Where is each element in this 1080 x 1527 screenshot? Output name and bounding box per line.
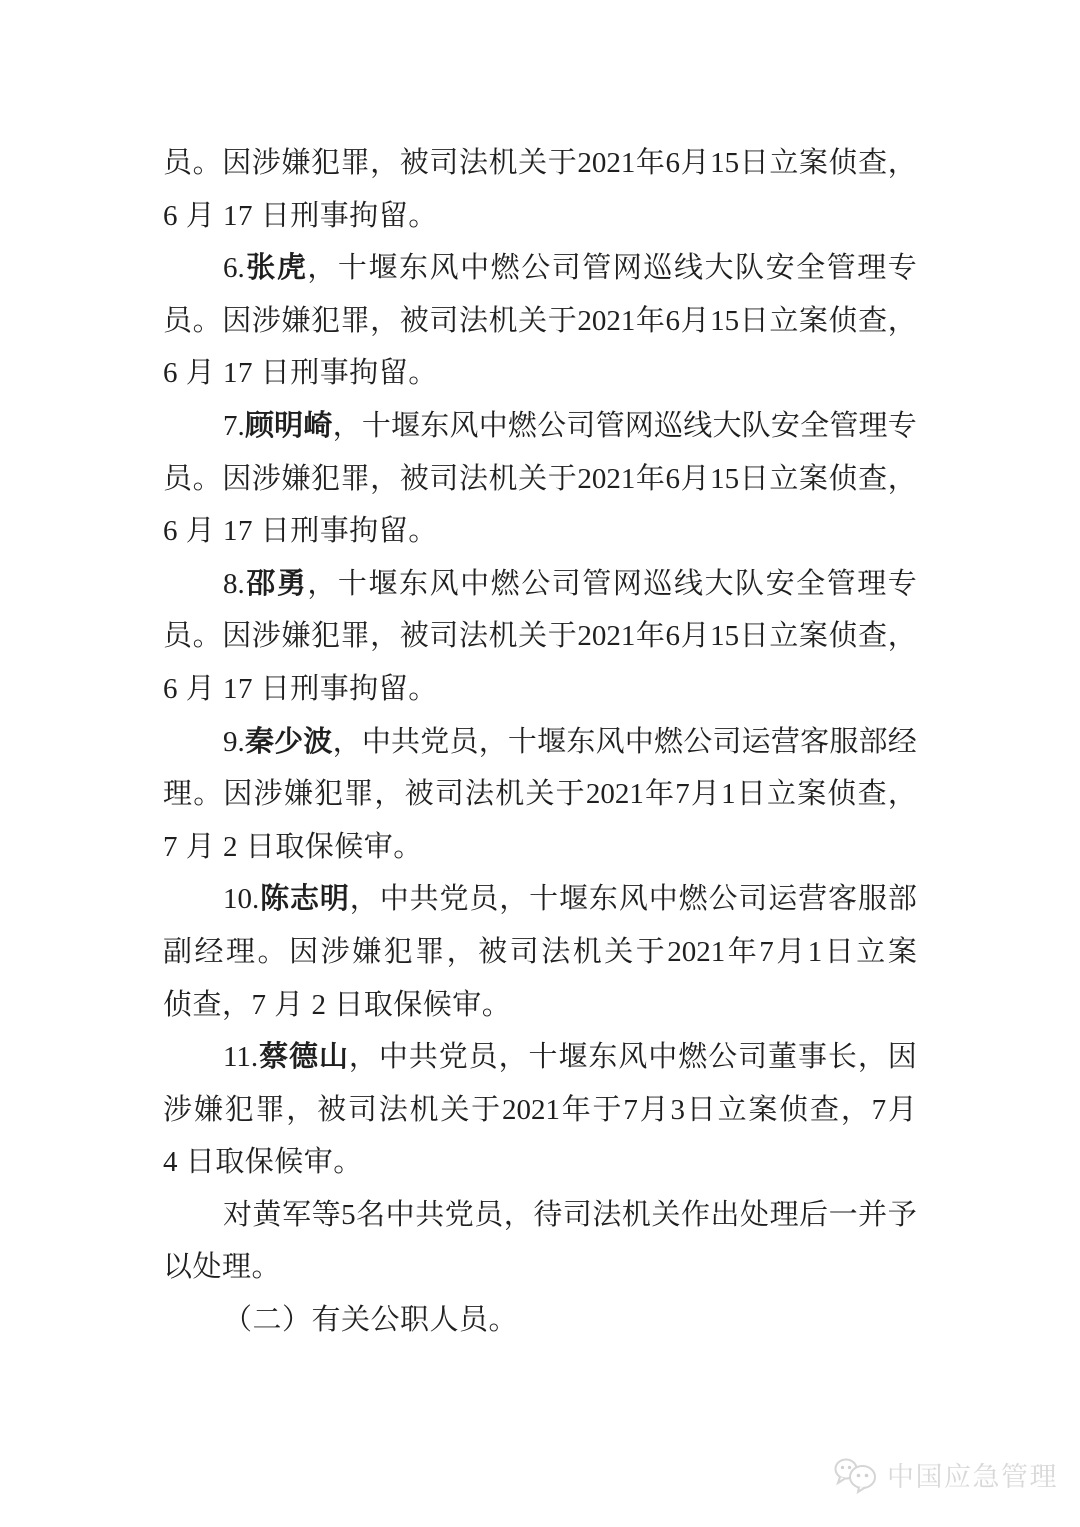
text-token: 因 [222,137,251,190]
text-token: 7 [623,1084,638,1137]
text-token: 堰 [558,1031,587,1084]
text-token: 共 [415,1189,444,1242]
text-token: 2021 [577,295,635,348]
text-token: 涉 [252,453,281,506]
text-token: ， [504,1189,533,1242]
text-token: 立 [769,453,798,506]
text-token: 顾 [245,400,274,453]
text-token: 司 [552,558,581,611]
text-token: 6 [665,453,680,506]
text-token: 中 [479,400,508,453]
text-token: 队 [735,242,764,295]
watermark-text: 中国应急管理 [887,1455,1058,1494]
text-token: 案 [799,137,828,190]
text-token: 侦 [827,768,856,821]
text-token: 司 [552,242,581,295]
text-token: 秦 [245,716,274,769]
text-token: 运 [742,716,771,769]
text-line: （二）有关公职人员。 [163,1294,917,1347]
text-token: 涉 [252,137,281,190]
text-token: 7 [872,1084,887,1137]
text-token: 十 [529,873,558,926]
text-token: 月 [776,926,805,979]
text-token: 后 [799,1189,828,1242]
text-token: 案 [799,295,828,348]
text-token: 中 [460,242,489,295]
text-token: 东 [420,400,449,453]
text-token: 运 [768,873,797,926]
text-token: 嫌 [352,926,381,979]
text-token: 公 [683,716,712,769]
text-segment: 6 月 17 日刑事拘留。 [163,515,438,547]
text-token: 员 [163,610,192,663]
text-line: 11.蔡德山，中共党员，十堰东风中燃公司董事长，因 [163,1031,917,1084]
text-token: 被 [317,1084,346,1137]
text-token: ， [307,558,336,611]
text-token: 查 [858,295,887,348]
text-token: 专 [888,558,917,611]
text-token: 司 [738,873,767,926]
text-token: 员 [469,873,498,926]
text-token: 中 [649,873,678,926]
text-token: 一 [829,1189,858,1242]
text-token: 安 [766,242,795,295]
text-token: 十 [529,1031,558,1084]
text-token: 中 [648,1031,677,1084]
text-token: 管 [829,400,858,453]
text-token: 堰 [537,716,566,769]
text-token: 巡 [654,400,683,453]
text-token: 理 [163,768,192,821]
text-line: 副经理。因涉嫌犯罪，被司法机关于2021年7月1日立案 [163,926,917,979]
text-token: 年 [636,610,665,663]
watermark-footer: 中国应急管理 [832,1455,1058,1494]
text-token: 6. [223,242,245,295]
text-line: 涉嫌犯罪，被司法机关于2021年于7月3日立案侦查，7月 [163,1084,917,1137]
text-line: 9.秦少波，中共党员，十堰东风中燃公司运营客服部经 [163,716,917,769]
text-token: 虎 [277,242,306,295]
text-token: 队 [742,400,771,453]
text-token: 。 [193,768,222,821]
text-token: 副 [163,926,192,979]
text-token: 查 [810,1084,839,1137]
text-token: 司 [566,400,595,453]
text-token: 经 [888,716,917,769]
text-token: 案 [888,926,917,979]
text-line: 6 月 17 日刑事拘留。 [163,505,917,558]
text-token: 司 [429,453,458,506]
text-token: 中 [362,716,391,769]
text-token: 罪 [344,768,373,821]
text-token: 嫌 [284,768,313,821]
text-token: 员 [474,1189,503,1242]
text-token: 燃 [679,873,708,926]
text-token: 嫌 [281,453,310,506]
text-token: ， [499,1031,528,1084]
text-token: 于 [471,1084,500,1137]
text-token: 理 [857,242,886,295]
text-token: 月 [681,137,710,190]
text-token: 全 [796,558,825,611]
text-token: 司 [429,295,458,348]
text-token: 侦 [779,1084,808,1137]
text-token: ， [447,926,476,979]
text-token: 8. [223,558,245,611]
text-token: 法 [459,610,488,663]
text-token: 东 [566,716,595,769]
text-segment: 侦查，7 月 2 日取保候审。 [163,989,511,1021]
text-token: 被 [400,137,429,190]
text-token: 罪 [415,926,444,979]
text-token: 2021 [667,926,725,979]
text-line: 4 日取保候审。 [163,1136,917,1189]
text-token: 于 [636,926,665,979]
text-line: 6 月 17 日刑事拘留。 [163,663,917,716]
text-token: 犯 [311,295,340,348]
text-token: 十 [338,242,367,295]
text-token: 对 [223,1189,252,1242]
text-token: 于 [548,453,577,506]
text-token: 关 [525,768,554,821]
text-token: 查 [858,610,887,663]
text-token: 员 [163,295,192,348]
text-token: 服 [829,716,858,769]
text-token: 勇 [277,558,306,611]
text-token: 犯 [311,453,340,506]
text-token: 机 [495,768,524,821]
text-token: 部 [888,873,917,926]
text-token: 大 [704,242,733,295]
text-token: 1 [808,926,823,979]
text-token: 3 [670,1084,685,1137]
text-token: 关 [518,610,547,663]
text-token: 2021 [577,137,635,190]
document-page: 员。因涉嫌犯罪，被司法机关于2021年6月15日立案侦查，6 月 17 日刑事拘… [0,0,1080,1527]
text-token: 等 [312,1189,341,1242]
text-token: 燃 [678,1031,707,1084]
text-token: 法 [459,295,488,348]
text-token: ， [370,453,399,506]
text-token: 因 [888,1031,917,1084]
text-token: 嫌 [281,137,310,190]
text-token: 案 [748,1084,777,1137]
text-token: 司 [510,926,539,979]
text-token: ， [333,716,362,769]
text-token: 关 [440,1084,469,1137]
text-token: 理 [859,400,888,453]
text-token: 处 [740,1189,769,1242]
text-token: 巡 [643,242,672,295]
text-token: 员 [449,716,478,769]
text-line: 7.顾明崎，十堰东风中燃公司管网巡线大队安全管理专 [163,400,917,453]
text-token: 网 [613,558,642,611]
text-token: 服 [858,873,887,926]
text-token: 法 [459,137,488,190]
text-token: 客 [828,873,857,926]
text-token: 公 [521,242,550,295]
text-token: 员 [163,453,192,506]
text-token: 罪 [341,610,370,663]
document-body: 员。因涉嫌犯罪，被司法机关于2021年6月15日立案侦查，6 月 17 日刑事拘… [163,137,917,1347]
text-token: 犯 [384,926,413,979]
text-token: 安 [766,558,795,611]
text-token: 党 [420,716,449,769]
text-token: ， [370,610,399,663]
text-token: 于 [556,768,585,821]
text-token: 法 [465,768,494,821]
text-token: 中 [460,558,489,611]
text-token: 关 [651,1189,680,1242]
text-token: 嫌 [281,610,310,663]
text-token: 营 [798,873,827,926]
text-token: 年 [562,1084,591,1137]
text-token: 机 [622,1189,651,1242]
text-token: 机 [410,1084,439,1137]
text-token: ， [888,453,917,506]
text-token: 罪 [255,1084,284,1137]
text-token: 2021 [586,768,644,821]
text-token: 安 [771,400,800,453]
text-token: 员 [163,137,192,190]
text-token: ， [888,768,917,821]
text-token: 涉 [252,295,281,348]
text-token: 日 [740,295,769,348]
text-token: 。 [258,926,287,979]
text-token: 侦 [829,295,858,348]
text-token: 立 [769,610,798,663]
text-token: 中 [625,716,654,769]
text-token: 机 [573,926,602,979]
text-token: 案 [797,768,826,821]
text-token: 因 [222,610,251,663]
text-token: 查 [858,137,887,190]
text-token: 大 [712,400,741,453]
text-token: 立 [767,768,796,821]
text-token: ， [370,295,399,348]
text-token: 大 [704,558,733,611]
text-token: 2021 [577,453,635,506]
wechat-bubbles-icon [832,1456,880,1494]
text-token: ， [888,137,917,190]
text-token: 共 [391,716,420,769]
text-token: 。 [193,137,222,190]
text-token: 罪 [341,137,370,190]
text-token: ， [307,242,336,295]
text-token: 年 [636,137,665,190]
text-token: 波 [303,716,332,769]
text-token: 董 [768,1031,797,1084]
text-token: 管 [827,558,856,611]
text-token: 党 [445,1189,474,1242]
text-line: 对黄军等5名中共党员，待司法机关作出处理后一并予 [163,1189,917,1242]
text-token: 党 [439,1031,468,1084]
text-token: 11. [223,1031,258,1084]
text-token: 嫌 [194,1084,223,1137]
text-token: 15 [710,295,739,348]
text-token: 。 [193,610,222,663]
text-token: 被 [400,453,429,506]
text-token: 年 [636,453,665,506]
text-token: 风 [619,873,648,926]
text-token: ， [841,1084,870,1137]
text-token: 。 [193,453,222,506]
text-token: 月 [888,1084,917,1137]
text-line: 以处理。 [163,1241,917,1294]
text-token: 嫌 [281,295,310,348]
text-token: 堰 [391,400,420,453]
text-token: 经 [195,926,224,979]
text-segment: 7 月 2 日取保候审。 [163,831,423,863]
text-token: 东 [399,558,428,611]
text-token: 6 [665,137,680,190]
text-token: 理 [770,1189,799,1242]
text-token: 燃 [491,242,520,295]
text-segment: （二）有关公职人员。 [223,1304,518,1336]
text-token: 管 [596,400,625,453]
text-token: 专 [888,400,917,453]
text-line: 员。因涉嫌犯罪，被司法机关于2021年6月15日立案侦查， [163,610,917,663]
text-token: 理 [226,926,255,979]
text-token: 邵 [246,558,275,611]
text-token: ， [350,873,379,926]
text-token: 风 [430,558,459,611]
text-token: 被 [478,926,507,979]
text-segment: 4 日取保候审。 [163,1146,363,1178]
text-token: 理 [857,558,886,611]
text-token: 蔡 [259,1031,288,1084]
text-token: 因 [222,453,251,506]
text-token: 查 [858,453,887,506]
text-token: 堰 [368,558,397,611]
text-token: 中 [386,1189,415,1242]
text-token: 司 [348,1084,377,1137]
text-line: 8.邵勇，十堰东风中燃公司管网巡线大队安全管理专 [163,558,917,611]
text-line: 6.张虎，十堰东风中燃公司管网巡线大队安全管理专 [163,242,917,295]
text-token: 2021 [502,1084,560,1137]
text-token: 于 [548,610,577,663]
text-line: 理。因涉嫌犯罪，被司法机关于2021年7月1日立案侦查， [163,768,917,821]
text-token: 志 [290,873,319,926]
text-token: 山 [319,1031,348,1084]
text-token: 立 [718,1084,747,1137]
text-token: ， [370,137,399,190]
text-token: ， [286,1084,315,1137]
text-line: 员。因涉嫌犯罪，被司法机关于2021年6月15日立案侦查， [163,295,917,348]
text-token: 于 [548,295,577,348]
text-token: 5 [341,1189,356,1242]
text-line: 6 月 17 日刑事拘留。 [163,347,917,400]
text-token: 燃 [491,558,520,611]
text-token: ， [479,716,508,769]
text-token: 全 [800,400,829,453]
text-token: 关 [604,926,633,979]
text-token: 公 [708,1031,737,1084]
text-token: 。 [193,295,222,348]
text-token: 月 [691,768,720,821]
text-line: 7 月 2 日取保候审。 [163,821,917,874]
text-token: 查 [858,768,887,821]
text-token: 日 [740,453,769,506]
text-token: 立 [856,926,885,979]
text-token: 司 [429,137,458,190]
text-token: 风 [449,400,478,453]
text-token: 东 [399,242,428,295]
text-line: 员。因涉嫌犯罪，被司法机关于2021年6月15日立案侦查， [163,137,917,190]
text-token: 1 [721,768,736,821]
text-token: 风 [618,1031,647,1084]
text-token: 少 [274,716,303,769]
text-token: 机 [489,295,518,348]
text-token: 6 [665,295,680,348]
text-token: 因 [289,926,318,979]
text-token: 东 [588,1031,617,1084]
text-token: ， [888,295,917,348]
text-token: 十 [338,558,367,611]
text-token: 关 [518,295,547,348]
text-line: 6 月 17 日刑事拘留。 [163,190,917,243]
text-line: 员。因涉嫌犯罪，被司法机关于2021年6月15日立案侦查， [163,453,917,506]
text-token: 中 [380,873,409,926]
text-token: 线 [674,558,703,611]
text-token: 名 [356,1189,385,1242]
text-token: 因 [222,295,251,348]
text-token: 出 [711,1189,740,1242]
text-token: 犯 [311,610,340,663]
text-token: 党 [439,873,468,926]
text-token: 日 [687,1084,716,1137]
text-token: 机 [489,610,518,663]
text-segment: 6 月 17 日刑事拘留。 [163,357,438,389]
text-token: 中 [379,1031,408,1084]
text-token: 7 [675,768,690,821]
text-token: 月 [681,610,710,663]
text-token: 月 [640,1084,669,1137]
text-token: 明 [274,400,303,453]
text-token: 罪 [341,453,370,506]
text-token: 十 [362,400,391,453]
text-token: 涉 [252,610,281,663]
text-token: 6 [665,610,680,663]
text-token: 网 [625,400,654,453]
text-token: 15 [710,610,739,663]
text-token: 巡 [643,558,672,611]
text-token: 管 [582,558,611,611]
text-token: ， [888,610,917,663]
text-segment: 以处理。 [163,1251,281,1283]
text-token: 燃 [508,400,537,453]
text-line: 10.陈志明，中共党员，十堰东风中燃公司运营客服部 [163,873,917,926]
text-token: 待 [533,1189,562,1242]
text-token: 管 [582,242,611,295]
text-token: 年 [645,768,674,821]
text-segment: 6 月 17 日刑事拘留。 [163,200,438,232]
text-token: 风 [430,242,459,295]
text-token: 10. [223,873,259,926]
text-token: 黄 [253,1189,282,1242]
text-token: 犯 [314,768,343,821]
text-token: ， [499,873,528,926]
text-token: 风 [596,716,625,769]
text-token: 机 [489,137,518,190]
text-segment: 6 月 17 日刑事拘留。 [163,673,438,705]
text-token: 司 [563,1189,592,1242]
text-token: 侦 [829,453,858,506]
text-token: 机 [489,453,518,506]
text-token: 司 [738,1031,767,1084]
text-token: 公 [537,400,566,453]
text-token: 司 [435,768,464,821]
text-token: 作 [681,1189,710,1242]
